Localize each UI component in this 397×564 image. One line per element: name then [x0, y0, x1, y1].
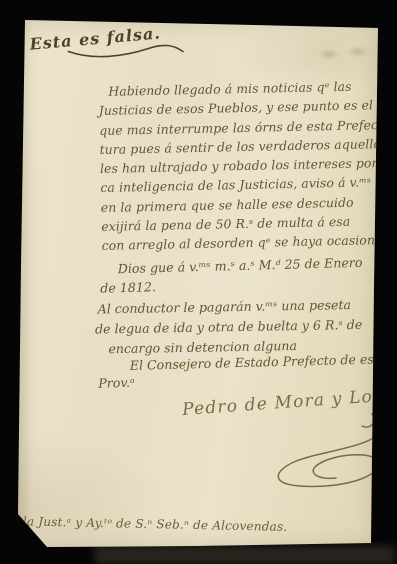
signature-rubric-flourish: [266, 412, 392, 508]
ink-show-through-marks: [310, 40, 374, 66]
paper-sheet: Esta es falsa. Habiendo llegado á mis no…: [14, 16, 380, 552]
address-line: A la Just.ᵃ y Ay.ᵗᵒ de S.ⁿ Seb.ⁿ de Alco…: [10, 514, 288, 534]
annotation-esta-es-falsa: Esta es falsa.: [29, 21, 187, 67]
courier-postscript: Al conductor le pagarán v.ᵐˢ una peseta …: [94, 294, 385, 359]
scanner-bed-reflection: [95, 546, 395, 564]
sender-title: El Consejero de Estado Prefecto de esta …: [98, 350, 385, 391]
valediction-date: Dios gue á v.ᵐˢ m.ˢ a.ˢ M.ᵈ 25 de Enero …: [100, 252, 381, 297]
letter-body: Habiendo llegado á mis noticias qᵉ las J…: [98, 76, 388, 256]
scanned-document: Esta es falsa. Habiendo llegado á mis no…: [0, 0, 397, 564]
